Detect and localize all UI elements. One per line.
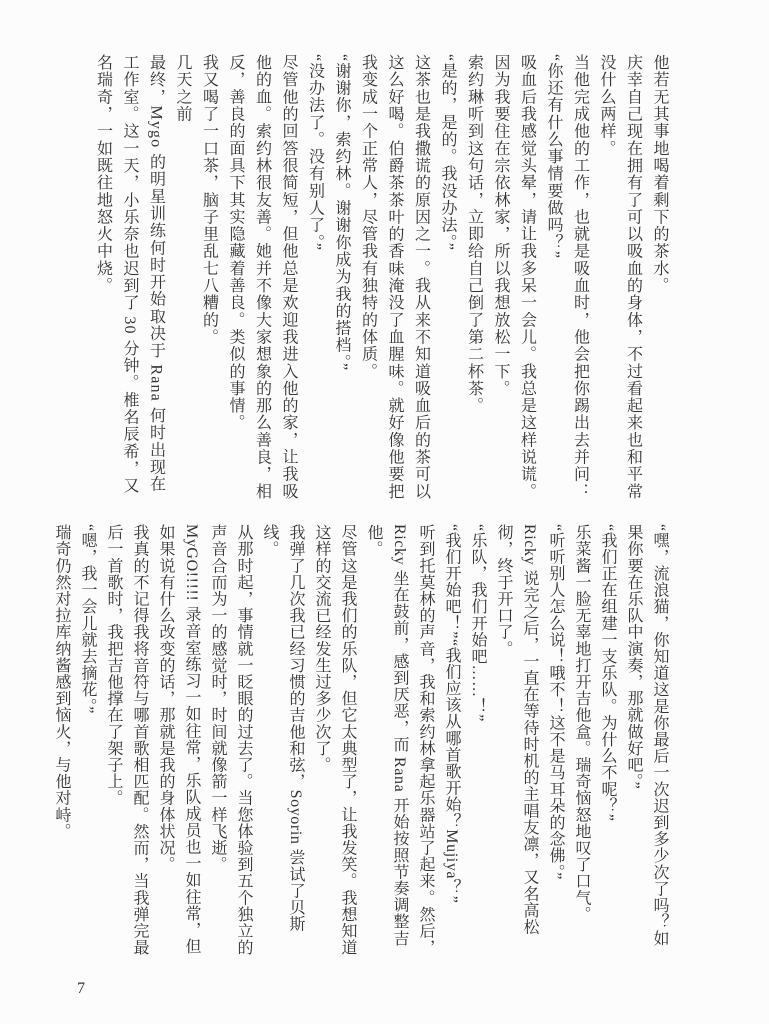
paragraph: 庆幸自己现在拥有了可以吸血的身体，不过看起来也和平常没什么两样。 — [593, 54, 646, 504]
page-number: 7 — [77, 980, 85, 998]
paragraph: 因为我要住在宗依林家，所以我想放松一下。 — [487, 54, 514, 504]
top-text-block: 他若无其事地喝着剩下的茶水。 庆幸自己现在拥有了可以吸血的身体，不过看起来也和平… — [50, 54, 672, 504]
paragraph: Ricky 说完之后，一直在等待时机的主唱友凛，又名高松彻，终于开口了。 — [490, 524, 542, 960]
dialogue-paragraph: “嘿，流浪猫，你知道这是你最后一次迟到多少次了吗？如果你要在乐队中演奏，那就做好… — [620, 524, 672, 960]
paragraph: 乐菜酱一脸无辜地打开吉他盒。瑞奇恼怒地叹了口气。 — [568, 524, 594, 960]
bottom-text-block: “嘿，流浪猫，你知道这是你最后一次迟到多少次了吗？如果你要在乐队中演奏，那就做好… — [50, 524, 672, 960]
paragraph: 听到托莫林的声音，我和索约林拿起乐器站了起来。然后，Ricky 坐在鼓前，感到厌… — [360, 524, 438, 960]
paragraph: 尽管这是我们的乐队，但它太典型了，让我发笑。我想知道这样的交流已经发生过多少次了… — [308, 524, 360, 960]
paragraph: 我弹了几次我已经习惯的吉他和弦，Soyorin 尝试了贝斯线。 — [256, 524, 308, 960]
dialogue-paragraph: “我们开始吧！”“我们应该从哪首歌开始？Mujiya？” — [438, 524, 464, 960]
paragraph: MyGO!!!!! 录音室练习一如往常，乐队成员也一如往常，但如果说有什么改变的… — [152, 524, 204, 960]
dialogue-paragraph: “我们正在组建一支乐队。为什么不呢？” — [594, 524, 620, 960]
dialogue-paragraph: “你还有什么事情要做吗？” — [540, 54, 567, 504]
dialogue-paragraph: “听听别人怎么说！哦不！这不是马耳朵的念佛。” — [542, 524, 568, 960]
dialogue-paragraph: “谢谢你，索约林。谢谢你成为我的搭档。” — [328, 54, 355, 504]
paragraph: 当他完成他的工作，也就是吸血时，他会把你踢出去并问： — [566, 54, 593, 504]
dialogue-paragraph: “嗯，我一会儿就去摘花。” — [74, 524, 100, 960]
dialogue-paragraph: “是的，是的。我没办法。” — [434, 54, 461, 504]
paragraph: 我又喝了一口茶，脑子里乱七八糟的。 — [195, 54, 222, 504]
paragraph: 吸血后我感觉头晕，请让我多呆一会儿。我总是这样说谎。 — [513, 54, 540, 504]
paragraph: 从那时起，事情就一眨眼的过去了。当您体验到五个独立的声音合而为一的感觉时，时间就… — [204, 524, 256, 960]
paragraph: 我真的不记得我将音符与哪首歌相匹配。然而，当我弹完最后一首歌时，我把吉他撑在了架… — [100, 524, 152, 960]
paragraph: 索约琳听到这句话，立即给自己倒了第二杯茶。 — [460, 54, 487, 504]
paragraph: 最终，Mygo 的明星训练何时开始取决于 Rana 何时出现在工作室。这一天，小… — [89, 54, 169, 504]
paragraph: 尽管他的回答很简短，但他总是欢迎我进入他的家，让我吸他的血。索约林很友善。她并不… — [222, 54, 302, 504]
paragraph: 瑞奇仍然对拉库纳酱感到恼火，与他对峙。 — [48, 524, 74, 960]
dialogue-paragraph: “没办法了。没有别人了。” — [301, 54, 328, 504]
paragraph: 他若无其事地喝着剩下的茶水。 — [646, 54, 673, 504]
paragraph: 这茶也是我撒谎的原因之一。我从来不知道吸血后的茶可以这么好喝。伯爵茶茶叶的香味淹… — [354, 54, 434, 504]
dialogue-paragraph: “乐队，我们开始吧……！” — [464, 524, 490, 960]
section-heading: 几天之前 — [169, 54, 196, 504]
